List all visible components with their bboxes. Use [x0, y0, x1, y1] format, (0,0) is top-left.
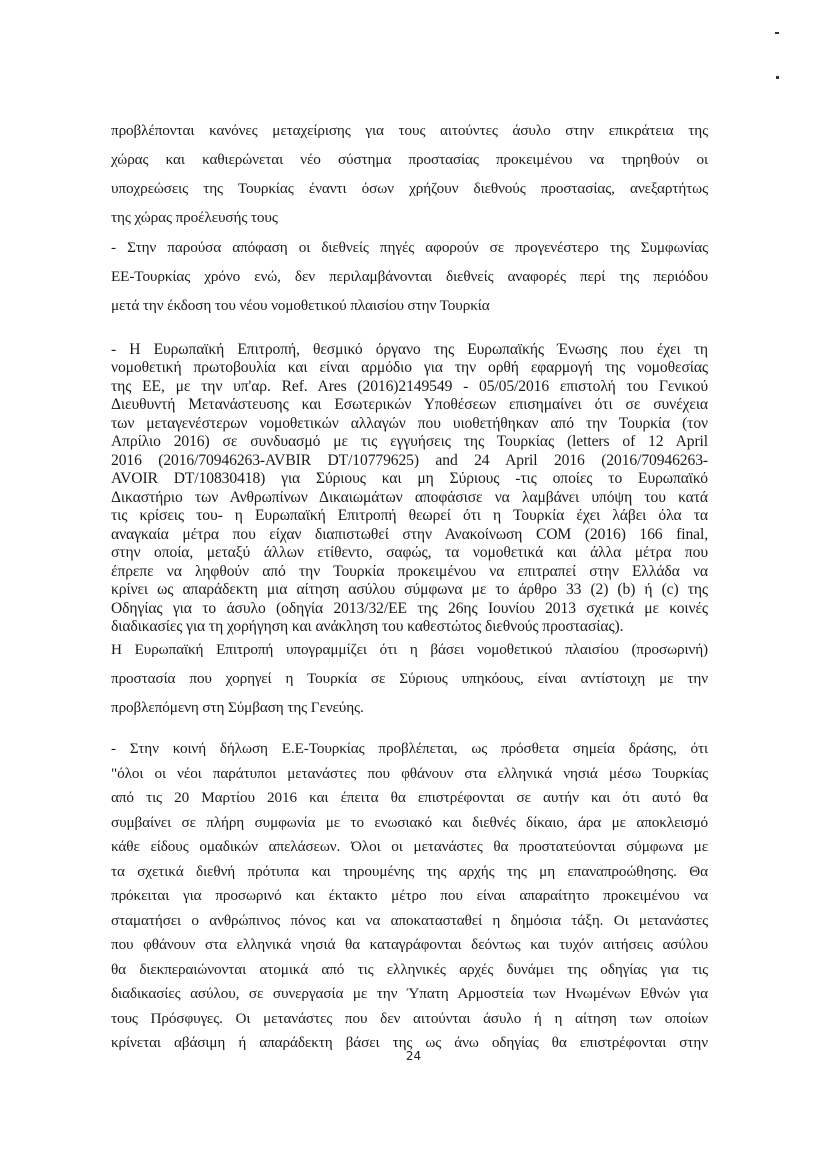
- text-line: - Η Ευρωπαϊκή Επιτροπή, θεσμικό όργανο τ…: [111, 341, 708, 359]
- text-line: - Στην κοινή δήλωση Ε.Ε-Τουρκίας προβλέπ…: [111, 740, 708, 758]
- text-line: Απρίλιο 2016) σε συνδυασμό με τις εγγυήσ…: [111, 433, 708, 451]
- text-line: των μεταγενέστερων νομοθετικών αλλαγών π…: [111, 415, 708, 433]
- text-line: προβλεπόμενη στη Σύμβαση της Γενεύης.: [111, 699, 708, 717]
- text-line: σταματήσει ο ανθρώπινος πόνος και να απο…: [111, 912, 708, 930]
- page-number: 24: [0, 1049, 827, 1063]
- text-line: προβλέπονται κανόνες μεταχείρισης για το…: [111, 122, 708, 140]
- text-line: συμβαίνει σε πλήρη συμφωνία με το ενωσια…: [111, 814, 708, 832]
- text-line: τα σχετικά διεθνή πρότυπα και τηρουμένης…: [111, 863, 708, 881]
- text-line: νομοθετική πρωτοβουλία και είναι αρμόδιο…: [111, 359, 708, 377]
- text-line: Η Ευρωπαϊκή Επιτροπή υπογραμμίζει ότι η …: [111, 641, 708, 659]
- text-line: της χώρας προέλευσής τους: [111, 209, 708, 227]
- text-line: κάθε είδους ομαδικών απελάσεων. Όλοι οι …: [111, 838, 708, 856]
- text-line: πρόκειται για προσωρινό και έκτακτο μέτρ…: [111, 887, 708, 905]
- text-line: κρίνει ως απαράδεκτη μια αίτηση ασύλου σ…: [111, 581, 708, 599]
- text-line: Οδηγίας για το άσυλο (οδηγία 2013/32/ΕΕ …: [111, 600, 708, 618]
- text-line: αναγκαία μέτρα που είχαν διαπιστωθεί στη…: [111, 526, 708, 544]
- text-line: έπρεπε να ληφθούν από την Τουρκία προκει…: [111, 563, 708, 581]
- text-line: από τις 20 Μαρτίου 2016 και έπειτα θα επ…: [111, 789, 708, 807]
- text-line: προστασία που χορηγεί η Τουρκία σε Σύριο…: [111, 670, 708, 688]
- text-line: ΕΕ-Τουρκίας χρόνο ενώ, δεν περιλαμβάνοντ…: [111, 268, 708, 286]
- text-line: AVOIR DT/10830418) για Σύριους και μη Σύ…: [111, 470, 708, 488]
- text-line: της ΕΕ, με την υπ'αρ. Ref. Ares (2016)21…: [111, 378, 708, 396]
- text-line: τους Πρόσφυγες. Οι μετανάστες που δεν αι…: [111, 1010, 708, 1028]
- text-line: "όλοι οι νέοι παράτυποι μετανάστες που φ…: [111, 765, 708, 783]
- text-line: - Στην παρούσα απόφαση οι διεθνείς πηγές…: [111, 239, 708, 257]
- document-page: προβλέπονται κανόνες μεταχείρισης για το…: [0, 0, 827, 1169]
- text-line: μετά την έκδοση του νέου νομοθετικού πλα…: [111, 297, 708, 315]
- text-line: 2016 (2016/70946263-AVBIR DT/10779625) a…: [111, 452, 708, 470]
- text-line: θα διεκπεραιώνονται ατομικά από τις ελλη…: [111, 961, 708, 979]
- text-line: στην οποία, μεταξύ άλλων ετίθεντο, σαφώς…: [111, 544, 708, 562]
- text-line: τις κρίσεις του- η Ευρωπαϊκή Επιτροπή θε…: [111, 507, 708, 525]
- text-line: χώρας και καθιερώνεται νέο σύστημα προστ…: [111, 151, 708, 169]
- scan-mark: [775, 32, 779, 34]
- text-line: Διευθυντή Μετανάστευσης και Εσωτερικών Υ…: [111, 396, 708, 414]
- text-line: Δικαστήριο των Ανθρωπίνων Δικαιωμάτων απ…: [111, 489, 708, 507]
- text-line: υποχρεώσεις της Τουρκίας έναντι όσων χρή…: [111, 180, 708, 198]
- scan-mark: [776, 76, 779, 79]
- text-line: διαδικασίες για τη χορήγηση και ανάκληση…: [111, 618, 708, 636]
- text-line: διαδικασίες ασύλου, σε συνεργασία με την…: [111, 985, 708, 1003]
- text-line: που φθάνουν στα ελληνικά νησιά θα καταγρ…: [111, 936, 708, 954]
